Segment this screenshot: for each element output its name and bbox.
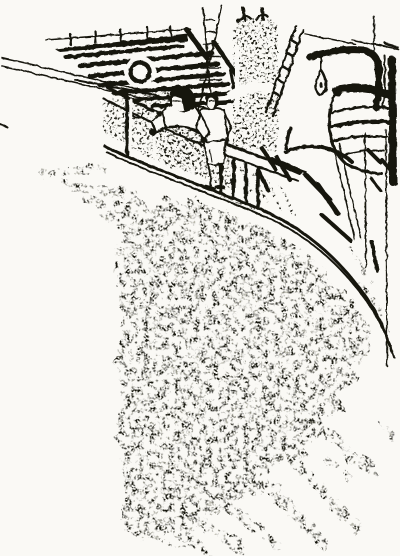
sailor-right-shoe	[216, 186, 224, 188]
ship-deck-ink-illustration: Black-and-white pen-and-ink book illustr…	[0, 0, 400, 556]
sailor-left-hand	[149, 129, 157, 136]
sailor-right-face	[207, 98, 215, 109]
illustration-page: Black-and-white pen-and-ink book illustr…	[0, 0, 400, 556]
funnel-casing	[229, 8, 280, 150]
sailor-right-shoe	[206, 187, 214, 189]
sailor-right-trousers	[204, 140, 226, 165]
